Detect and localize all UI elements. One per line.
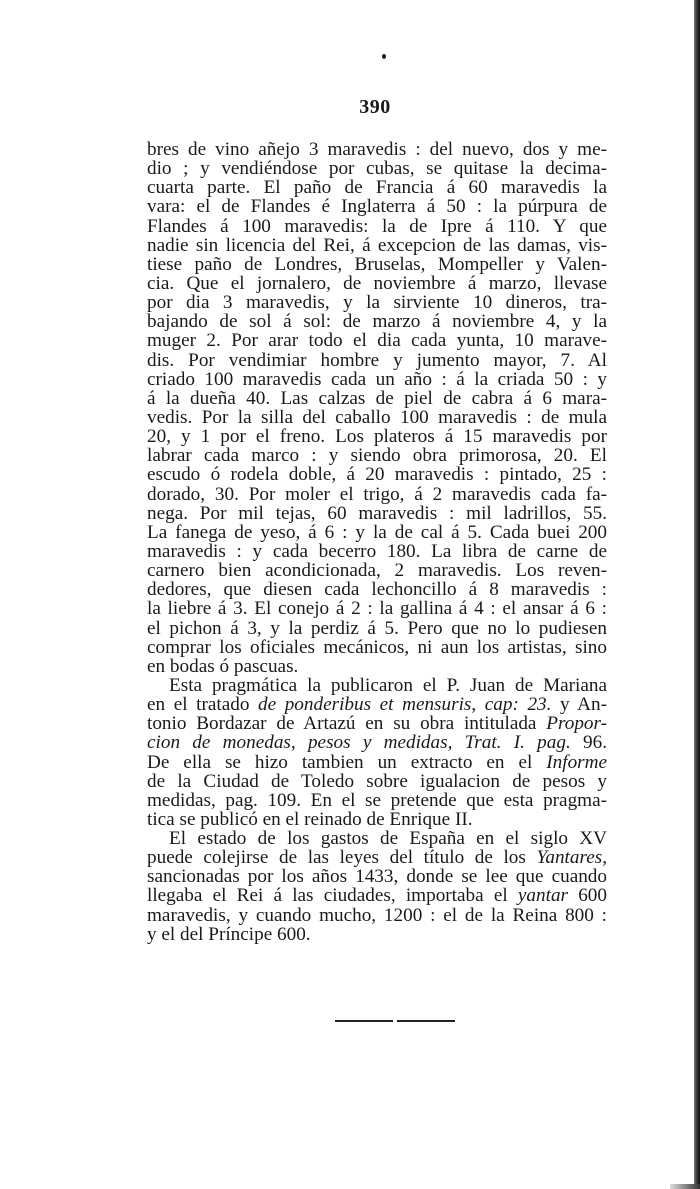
text-line: puede colejirse de las leyes del título … [147, 848, 607, 867]
text-line: dio ; y vendiéndose por cubas, se quitas… [147, 159, 607, 178]
text-line: por dia 3 maravedis, y la sirviente 10 d… [147, 293, 607, 312]
text-line: Esta pragmática la publicaron el P. Juan… [147, 676, 607, 695]
text-line: vara: el de Flandes é Inglaterra á 50 : … [147, 197, 607, 216]
text-line: maravedis, y cuando mucho, 1200 : el de … [147, 906, 607, 925]
text-line: bajando de sol á sol: de marzo á noviemb… [147, 312, 607, 331]
text-line: tonio Bordazar de Artazú en su obra inti… [147, 714, 607, 733]
text-line: de la Ciudad de Toledo sobre igualacion … [147, 772, 607, 791]
text-line: maravedis : y cada becerro 180. La libra… [147, 542, 607, 561]
text-line: dedores, que diesen cada lechoncillo á 8… [147, 580, 607, 599]
text-line: bres de vino añejo 3 maravedis : del nue… [147, 140, 607, 159]
text-line: tica se publicó en el reinado de Enrique… [147, 810, 607, 829]
text-line: en el tratado de ponderibus et mensuris,… [147, 695, 607, 714]
text-line: nadie sin licencia del Rei, á excepcion … [147, 236, 607, 255]
text-line: La fanega de yeso, á 6 : y la de cal á 5… [147, 523, 607, 542]
text-line: muger 2. Por arar todo el dia cada yunta… [147, 331, 607, 350]
text-line: cia. Que el jornalero, de noviembre á ma… [147, 274, 607, 293]
text-line: llegaba el Rei á las ciudades, importaba… [147, 886, 607, 905]
paragraph-sources: Esta pragmática la publicaron el P. Juan… [147, 676, 607, 829]
page-number: 390 [0, 96, 700, 119]
text-line: sancionadas por los años 1433, donde se … [147, 867, 607, 886]
section-end-rule [335, 1020, 455, 1022]
paragraph-prices: bres de vino añejo 3 maravedis : del nue… [147, 140, 607, 676]
text-line: escudo ó rodela doble, á 20 maravedis : … [147, 465, 607, 484]
page-edge-shadow [694, 0, 700, 1189]
text-line: labrar cada marco : y siendo obra primor… [147, 446, 607, 465]
text-line: y el del Príncipe 600. [147, 925, 607, 944]
text-line: comprar los oficiales mecánicos, ni aun … [147, 638, 607, 657]
text-line: cuarta parte. El paño de Francia á 60 ma… [147, 178, 607, 197]
text-line: El estado de los gastos de España en el … [147, 829, 607, 848]
text-line: el pichon á 3, y la perdiz á 5. Pero que… [147, 619, 607, 638]
text-line: medidas, pag. 109. En el se pretende que… [147, 791, 607, 810]
text-line: nega. Por mil tejas, 60 maravedis : mil … [147, 504, 607, 523]
text-line: De ella se hizo tambien un extracto en e… [147, 753, 607, 772]
text-line: dorado, 30. Por moler el trigo, á 2 mara… [147, 485, 607, 504]
text-line: Flandes á 100 maravedis: la de Ipre á 11… [147, 217, 607, 236]
body-text: bres de vino añejo 3 maravedis : del nue… [147, 140, 607, 944]
ink-speck [382, 54, 386, 59]
text-line: cion de monedas, pesos y medidas, Trat. … [147, 733, 607, 752]
text-line: carnero bien acondicionada, 2 maravedis.… [147, 561, 607, 580]
text-line: dis. Por vendimiar hombre y jumento mayo… [147, 351, 607, 370]
page-corner-shadow [670, 1184, 700, 1189]
text-line: en bodas ó pascuas. [147, 657, 607, 676]
text-line: criado 100 maravedis cada un año : á la … [147, 370, 607, 389]
paragraph-expenses: El estado de los gastos de España en el … [147, 829, 607, 944]
text-line: tiese paño de Londres, Bruselas, Mompell… [147, 255, 607, 274]
text-line: á la dueña 40. Las calzas de piel de cab… [147, 389, 607, 408]
text-line: 20, y 1 por el freno. Los plateros á 15 … [147, 427, 607, 446]
text-line: la liebre á 3. El conejo á 2 : la gallin… [147, 599, 607, 618]
text-line: vedis. Por la silla del caballo 100 mara… [147, 408, 607, 427]
